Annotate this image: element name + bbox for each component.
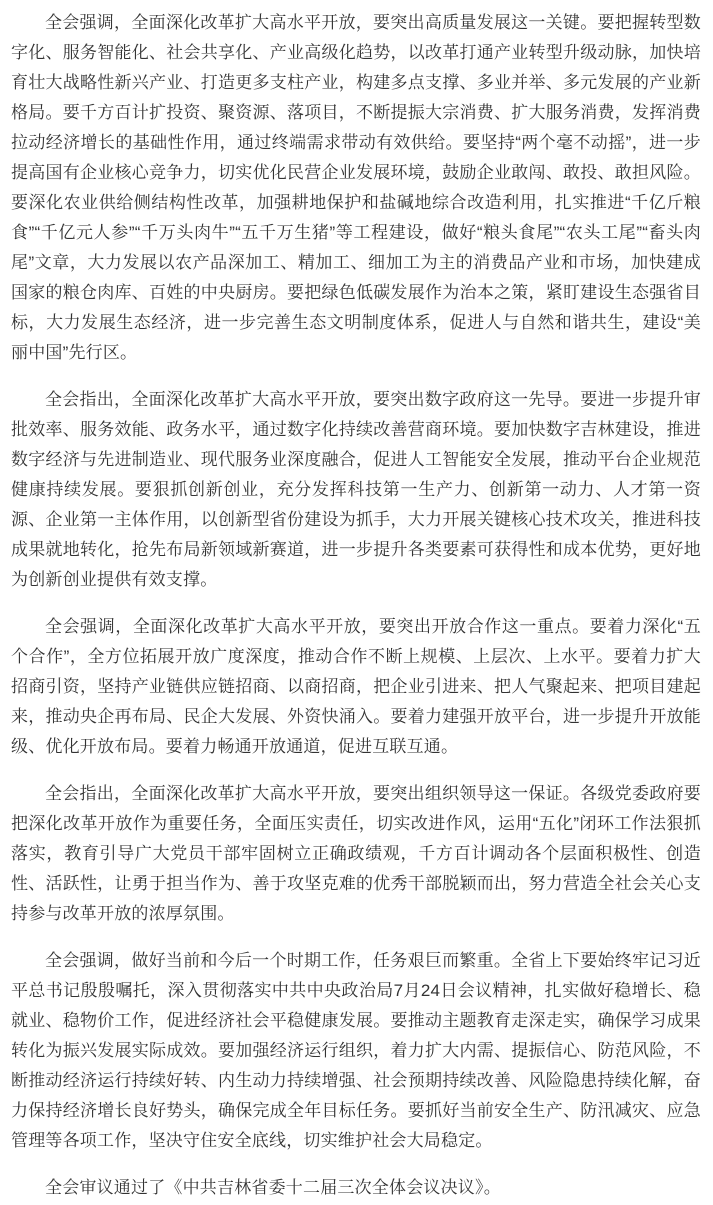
- paragraph-quality-development: 全会强调，全面深化改革扩大高水平开放，要突出高质量发展这一关键。要把握转型数字化…: [11, 8, 701, 368]
- paragraph-digital-government: 全会指出，全面深化改革扩大高水平开放，要突出数字政府这一先导。要进一步提升审批效…: [11, 385, 701, 595]
- paragraph-resolution-adopted: 全会审议通过了《中共吉林省委十二届三次全体会议决议》。: [11, 1173, 701, 1203]
- article-body: 全会强调，全面深化改革扩大高水平开放，要突出高质量发展这一关键。要把握转型数字化…: [0, 0, 713, 1203]
- paragraph-organizational-leadership: 全会指出，全面深化改革扩大高水平开放，要突出组织领导这一保证。各级党委政府要把深…: [11, 779, 701, 929]
- paragraph-current-work: 全会强调，做好当前和今后一个时期工作，任务艰巨而繁重。全省上下要始终牢记习近平总…: [11, 946, 701, 1156]
- paragraph-open-cooperation: 全会强调，全面深化改革扩大高水平开放，要突出开放合作这一重点。要着力深化“五个合…: [11, 612, 701, 762]
